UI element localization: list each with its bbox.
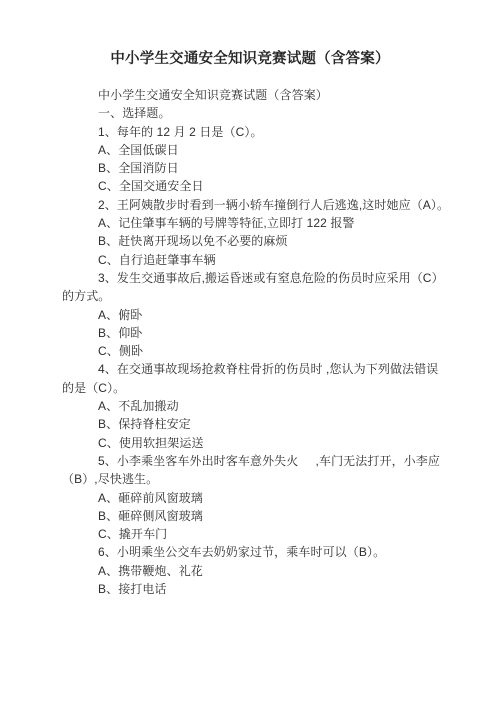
doc-line: C、自行追赶肇事车辆	[62, 251, 462, 269]
doc-line: （B）,尽快逃生。	[62, 470, 462, 488]
doc-line: A、不乱加搬动	[62, 397, 462, 415]
document-title: 中小学生交通安全知识竞赛试题（含答案）	[0, 0, 500, 69]
doc-line: A、携带鞭炮、礼花	[62, 562, 462, 580]
doc-line: C、侧卧	[62, 342, 462, 360]
document-body: 中小学生交通安全知识竞赛试题（含答案）一、选择题。1、每年的 12 月 2 日是…	[0, 86, 500, 598]
doc-line: 3、发生交通事故后,搬运昏迷或有窒息危险的伤员时应采用（C）	[62, 269, 462, 287]
doc-line: B、砸碎侧风窗玻璃	[62, 507, 462, 525]
doc-line: B、全国消防日	[62, 159, 462, 177]
doc-line: 2、王阿姨散步时看到一辆小轿车撞倒行人后逃逸,这时她应（A）。	[62, 196, 462, 214]
doc-line: 一、选择题。	[62, 104, 462, 122]
doc-line: A、记住肇事车辆的号牌等特征,立即打 122 报警	[62, 214, 462, 232]
doc-line: B、赶快离开现场以免不必要的麻烦	[62, 232, 462, 250]
doc-line: 4、在交通事故现场抢救脊柱骨折的伤员时 ,您认为下列做法错误	[62, 360, 462, 378]
doc-line: 的方式。	[62, 287, 462, 305]
doc-line: C、全国交通安全日	[62, 177, 462, 195]
doc-line: 6、小明乘坐公交车去奶奶家过节，乘车时可以（B）。	[62, 543, 462, 561]
doc-line: B、保持脊柱安定	[62, 415, 462, 433]
doc-line: A、俯卧	[62, 306, 462, 324]
doc-line: 5、小李乘坐客车外出时客车意外失火 ,车门无法打开，小李应	[62, 452, 462, 470]
doc-line: C、撬开车门	[62, 525, 462, 543]
doc-line: B、接打电话	[62, 580, 462, 598]
doc-line: B、仰卧	[62, 324, 462, 342]
document-page: 中小学生交通安全知识竞赛试题（含答案） 中小学生交通安全知识竞赛试题（含答案）一…	[0, 0, 500, 707]
doc-line: A、砸碎前风窗玻璃	[62, 489, 462, 507]
doc-line: A、全国低碳日	[62, 141, 462, 159]
doc-line: 1、每年的 12 月 2 日是（C）。	[62, 123, 462, 141]
doc-line: 的是（C）。	[62, 379, 462, 397]
doc-line: 中小学生交通安全知识竞赛试题（含答案）	[62, 86, 462, 104]
doc-line: C、使用软担架运送	[62, 434, 462, 452]
